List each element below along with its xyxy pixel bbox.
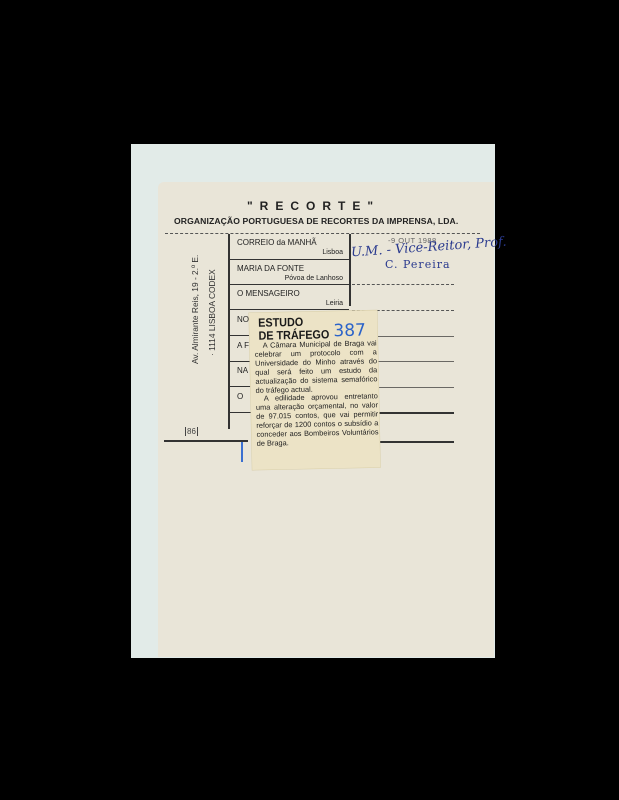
right-row-rule [377, 412, 454, 414]
row-rule [229, 412, 251, 413]
clipping-body: A Câmara Municipal de Braga vai celebrar… [255, 339, 379, 448]
agency-address: Av. Almirante Reis, 19 - 2.º E. [190, 255, 200, 364]
clipping-paragraph: A Câmara Municipal de Braga vai celebrar… [255, 339, 378, 395]
newspaper-clipping: ESTUDO DE TRÁFEGO 387 A Câmara Municipal… [249, 310, 380, 470]
row-rule [229, 259, 349, 260]
header-rule [165, 233, 480, 234]
row-rule [229, 335, 251, 336]
row-rule [229, 361, 251, 362]
clipping-paragraph: A edilidade aprovou entretanto uma alter… [256, 393, 379, 449]
pen-mark [241, 442, 243, 462]
reference-code: 86 [185, 427, 198, 436]
handwritten-name: C. Pereira [385, 258, 451, 271]
right-row-rule [377, 361, 454, 362]
agency-title: "RECORTE" [0, 199, 619, 213]
publication-city: Póvoa de Lanhoso [250, 275, 343, 282]
agency-subtitle: ORGANIZAÇÃO PORTUGUESA DE RECORTES DA IM… [174, 216, 458, 226]
right-row-rule [377, 336, 454, 337]
row-rule [229, 284, 349, 285]
publication-name: O MENSAGEIRO [237, 289, 300, 298]
row-rule [229, 386, 251, 387]
publication-name: A F [237, 341, 249, 350]
right-row-rule [352, 284, 454, 285]
publication-name: O [237, 392, 243, 401]
agency-postal-code: · 1114 LISBOA CODEX [207, 269, 217, 356]
publication-name: MARIA DA FONTE [237, 264, 304, 273]
row-rule [229, 309, 349, 310]
clipping-headline: ESTUDO [258, 316, 303, 329]
right-row-rule [377, 441, 454, 443]
publication-city: Lisboa [300, 249, 343, 256]
bottom-rule [164, 440, 248, 442]
publication-name: NA [237, 366, 248, 375]
publication-name: CORREIO da MANHÃ [237, 238, 317, 247]
column-divider-left [228, 234, 230, 429]
right-row-rule [377, 387, 454, 388]
publication-city: Leiria [300, 300, 343, 307]
